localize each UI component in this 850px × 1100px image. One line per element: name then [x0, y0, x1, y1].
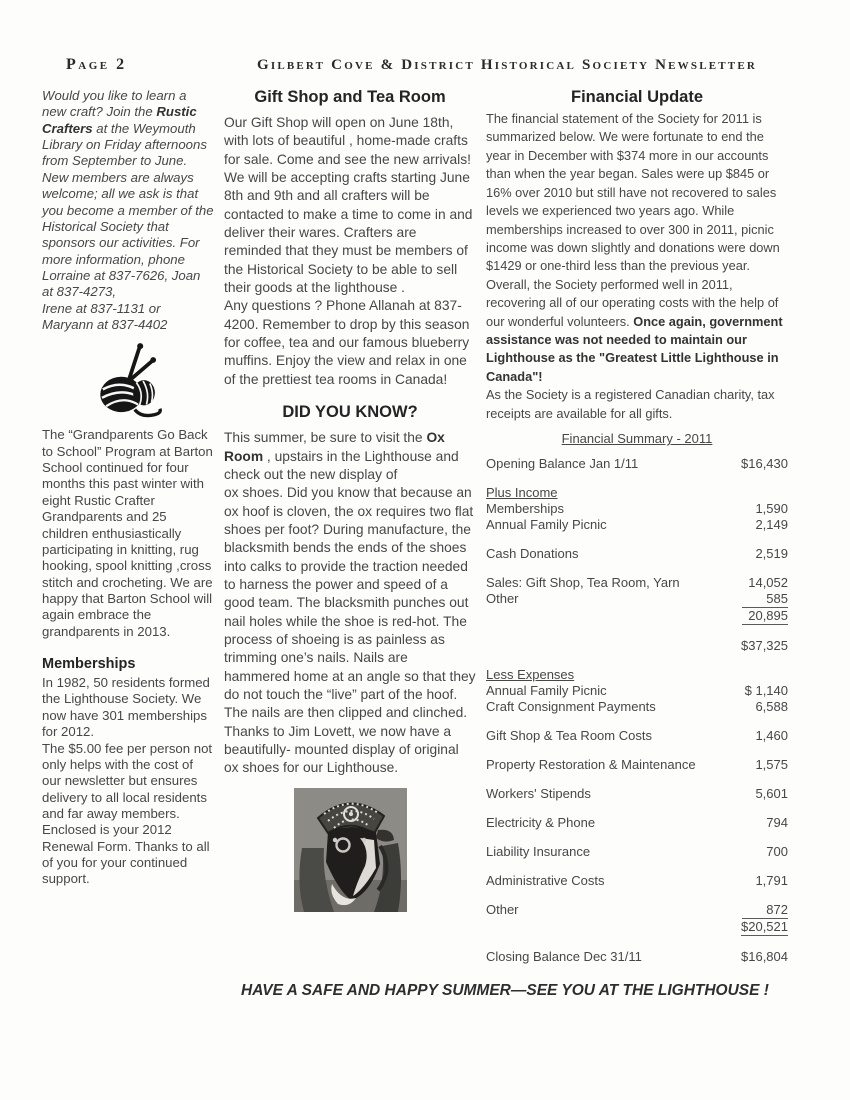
financial-section-heading: Plus Income: [486, 485, 788, 501]
financial-row-label: Craft Consignment Payments: [486, 699, 656, 715]
financial-row-label: Annual Family Picnic: [486, 683, 607, 699]
financial-rows: Opening Balance Jan 1/11$16,430Plus Inco…: [486, 456, 788, 965]
did-you-know-heading: DID YOU KNOW?: [224, 403, 476, 422]
financial-row: Liability Insurance700: [486, 844, 788, 860]
financial-row: Closing Balance Dec 31/11$16,804: [486, 949, 788, 965]
financial-row-label: Electricity & Phone: [486, 815, 595, 831]
financial-row: Administrative Costs1,791: [486, 873, 788, 889]
financial-row-value: 1,460: [755, 728, 788, 744]
financial-row: $37,325: [486, 638, 788, 654]
financial-row: Other872: [486, 902, 788, 919]
financial-row-label: Closing Balance Dec 31/11: [486, 949, 642, 965]
intro-text-continued: at the Weymouth Library on Friday aftern…: [42, 121, 214, 332]
financial-row-value: 6,588: [755, 699, 788, 715]
financial-row-value: 700: [766, 844, 788, 860]
financial-row-label: Other: [486, 902, 519, 918]
middle-column: Gift Shop and Tea Room Our Gift Shop wil…: [224, 88, 476, 965]
financial-summary-title: Financial Summary - 2011: [486, 431, 788, 446]
financial-row-value: 5,601: [755, 786, 788, 802]
financial-update-heading: Financial Update: [486, 88, 788, 107]
financial-row-value: 872: [742, 902, 788, 919]
financial-row-label: Memberships: [486, 501, 564, 517]
right-column: Financial Update The financial statement…: [486, 88, 788, 965]
financial-row-value: $16,804: [741, 949, 788, 965]
financial-row-value: 20,895: [742, 608, 788, 625]
financial-row: $20,521: [486, 919, 788, 936]
financial-row: Gift Shop & Tea Room Costs1,460: [486, 728, 788, 744]
financial-row-label: Less Expenses: [486, 667, 574, 683]
financial-row-label: Other: [486, 591, 519, 607]
left-column: Would you like to learn a new craft? Joi…: [42, 88, 214, 965]
financial-row: Craft Consignment Payments6,588: [486, 699, 788, 715]
financial-row-label: Plus Income: [486, 485, 558, 501]
financial-row-value: 1,575: [755, 757, 788, 773]
grandparents-paragraph: The “Grandparents Go Back to School” Pro…: [42, 427, 214, 640]
financial-summary: Financial Summary - 2011 Opening Balance…: [486, 431, 788, 965]
page-number: Page 2: [66, 56, 127, 74]
did-you-know-text-continued: , upstairs in the Lighthouse and check o…: [224, 449, 476, 776]
financial-row-value: 14,052: [748, 575, 788, 591]
financial-row-value: 794: [766, 815, 788, 831]
memberships-paragraph: In 1982, 50 residents formed the Lightho…: [42, 675, 214, 888]
financial-row: Opening Balance Jan 1/11$16,430: [486, 456, 788, 472]
footer-message: HAVE A SAFE AND HAPPY SUMMER—SEE YOU AT …: [200, 982, 810, 1000]
financial-row-value: $16,430: [741, 456, 788, 472]
financial-update-text: The financial statement of the Society f…: [486, 111, 780, 329]
financial-row-label: Opening Balance Jan 1/11: [486, 456, 638, 472]
financial-row-value: $ 1,140: [745, 683, 788, 699]
financial-row-label: Property Restoration & Maintenance: [486, 757, 696, 773]
financial-row-label: Workers' Stipends: [486, 786, 591, 802]
newsletter-title: Gilbert Cove & District Historical Socie…: [226, 57, 788, 74]
financial-row: Property Restoration & Maintenance1,575: [486, 757, 788, 773]
financial-row-value: $20,521: [741, 919, 788, 936]
financial-row-label: Gift Shop & Tea Room Costs: [486, 728, 652, 744]
financial-section-heading: Less Expenses: [486, 667, 788, 683]
rustic-crafters-paragraph: Would you like to learn a new craft? Joi…: [42, 88, 214, 333]
financial-row: Memberships1,590: [486, 501, 788, 517]
financial-row: Sales: Gift Shop, Tea Room, Yarn14,052: [486, 575, 788, 591]
gift-shop-heading: Gift Shop and Tea Room: [224, 88, 476, 107]
financial-row-label: Administrative Costs: [486, 873, 604, 889]
financial-row-value: 1,590: [755, 501, 788, 517]
ox-photo: [294, 788, 407, 912]
financial-row: Cash Donations2,519: [486, 546, 788, 562]
financial-row-label: Liability Insurance: [486, 844, 590, 860]
financial-row: 20,895: [486, 608, 788, 625]
did-you-know-paragraph: This summer, be sure to visit the Ox Roo…: [224, 429, 476, 778]
financial-row: Annual Family Picnic2,149: [486, 517, 788, 533]
financial-row-value: 585: [742, 591, 788, 608]
yarn-ball-icon: [86, 341, 170, 421]
content-columns: Would you like to learn a new craft? Joi…: [42, 88, 788, 965]
gift-shop-paragraph: Our Gift Shop will open on June 18th, wi…: [224, 114, 476, 389]
newsletter-page: Page 2 Gilbert Cove & District Historica…: [0, 0, 850, 1100]
masthead: Page 2 Gilbert Cove & District Historica…: [42, 56, 788, 74]
financial-update-text-continued: As the Society is a registered Canadian …: [486, 387, 775, 420]
financial-row-label: Annual Family Picnic: [486, 517, 607, 533]
financial-row-label: Cash Donations: [486, 546, 579, 562]
financial-row: Workers' Stipends5,601: [486, 786, 788, 802]
financial-row-value: $37,325: [741, 638, 788, 654]
financial-row: Other585: [486, 591, 788, 608]
financial-row-value: 2,519: [755, 546, 788, 562]
financial-row: Electricity & Phone794: [486, 815, 788, 831]
memberships-heading: Memberships: [42, 656, 214, 672]
financial-update-paragraph: The financial statement of the Society f…: [486, 110, 788, 423]
financial-row-value: 2,149: [755, 517, 788, 533]
financial-row: Annual Family Picnic$ 1,140: [486, 683, 788, 699]
financial-row-label: Sales: Gift Shop, Tea Room, Yarn: [486, 575, 680, 591]
did-you-know-text: This summer, be sure to visit the: [224, 430, 426, 445]
financial-row-value: 1,791: [755, 873, 788, 889]
